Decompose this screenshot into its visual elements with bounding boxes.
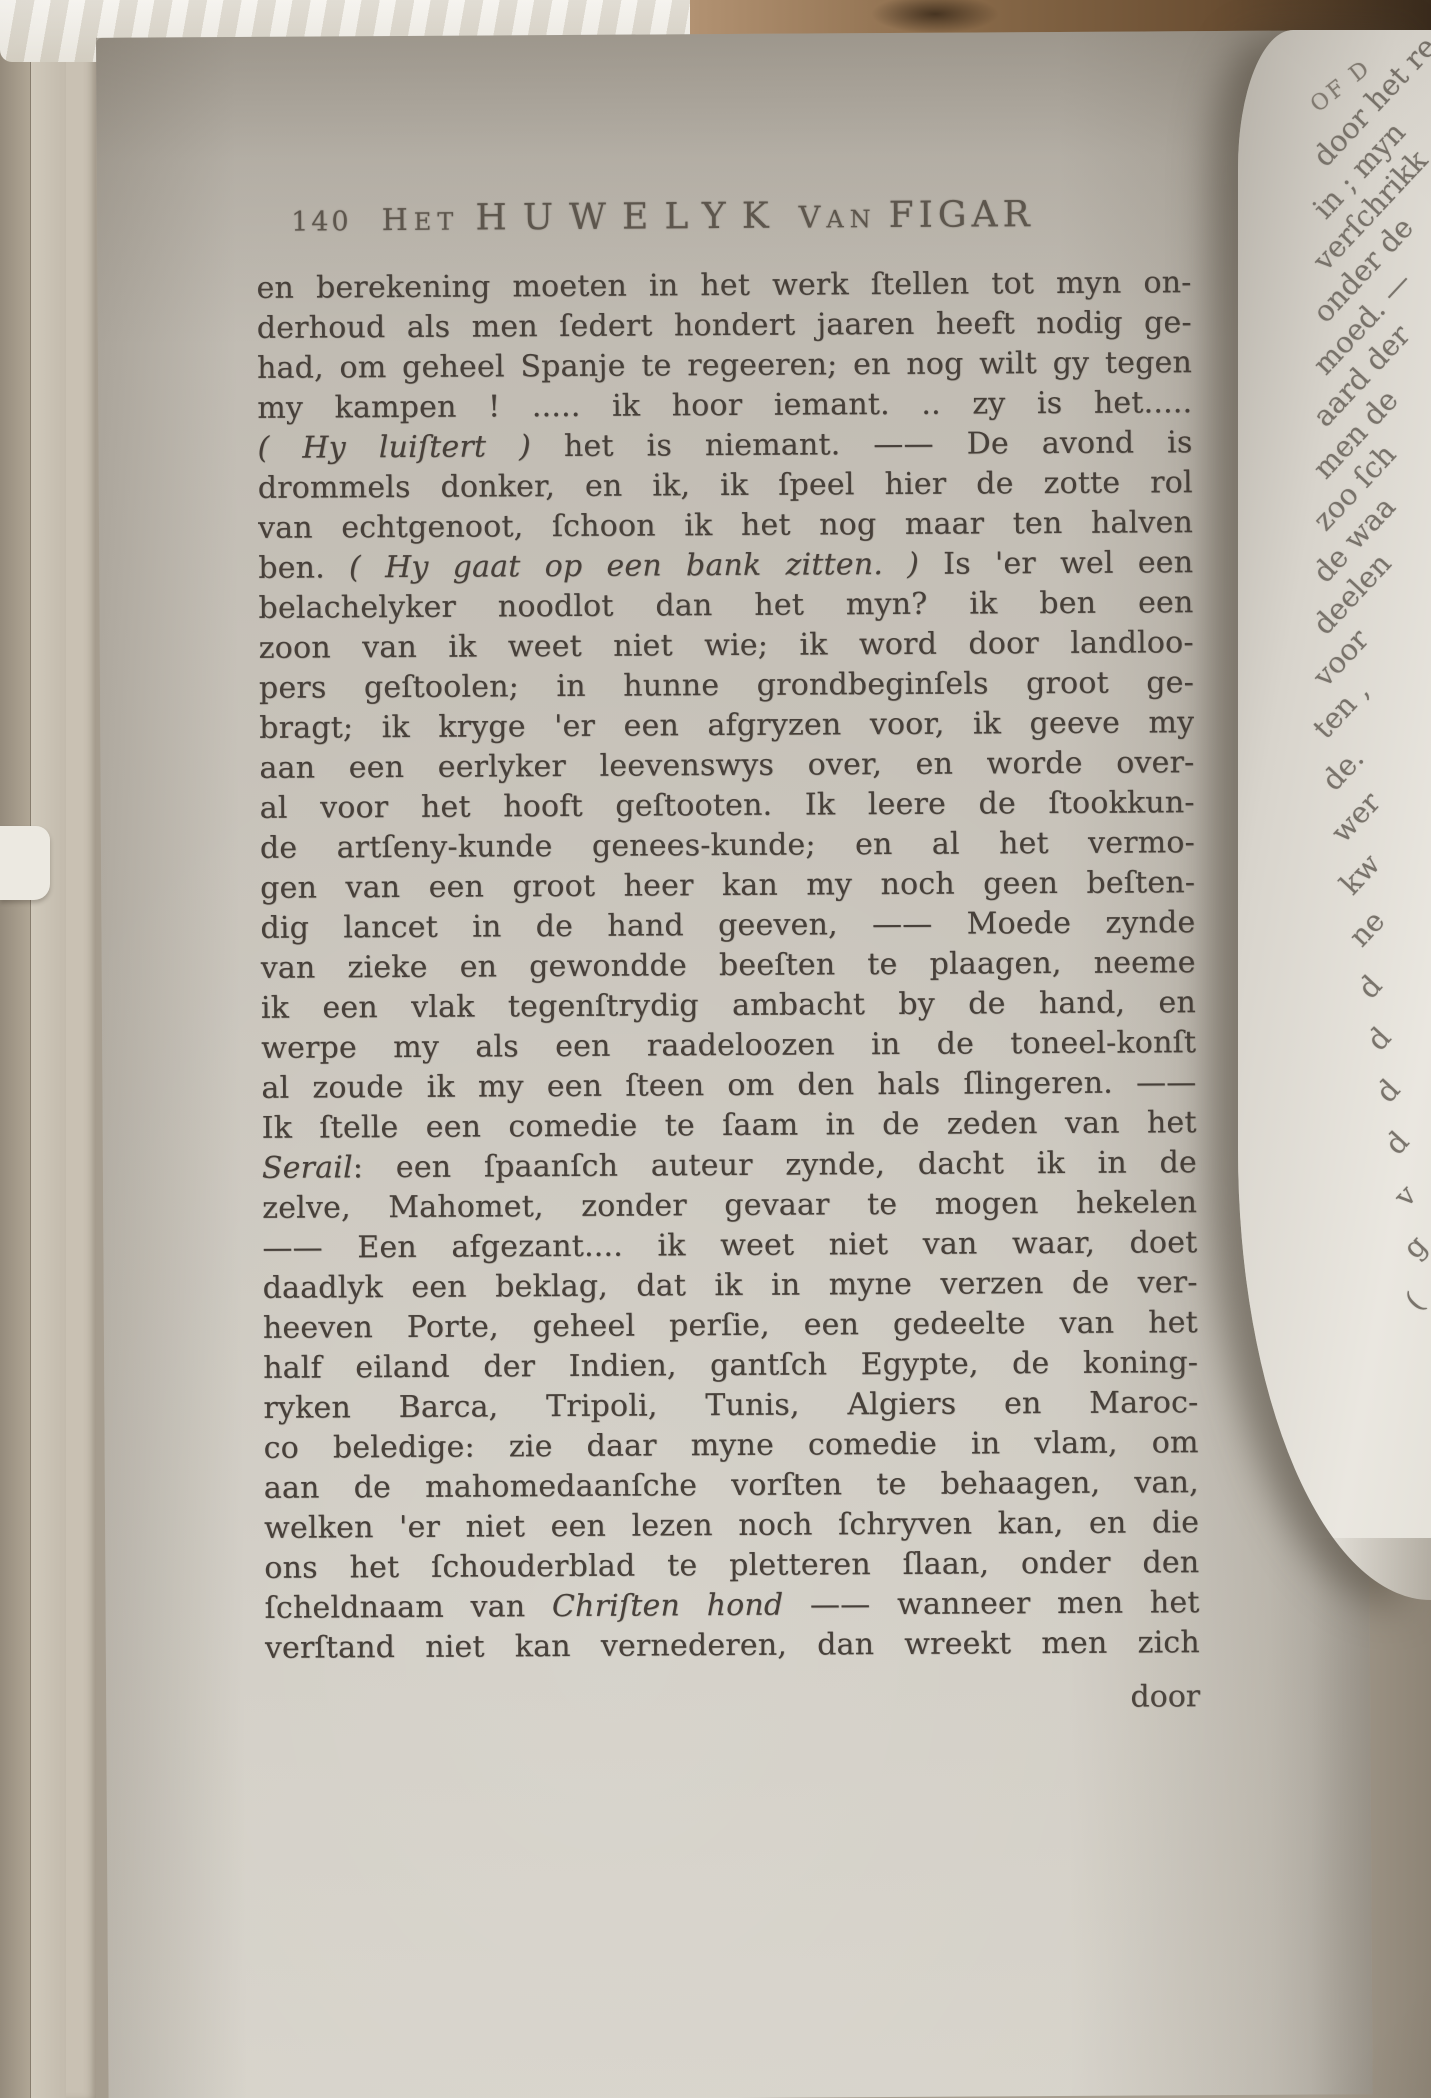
text-line: aan een eerlyker leevenswys over, en wor… (259, 743, 1194, 789)
text-line: zoon van ik weet niet wie; ik word door … (259, 623, 1194, 669)
text-segment: de artſeny-kunde genees-kunde; en al het… (260, 825, 1195, 866)
header-word-het: HET (382, 203, 460, 238)
text-line: werpe my als een raadeloozen in de tonee… (261, 1023, 1196, 1069)
text-segment: ons het ſchouderblad te pletteren ſlaan,… (264, 1545, 1199, 1586)
text-segment: dig lancet in de hand geeven, —— Moede z… (260, 905, 1195, 946)
text-line: belachelyker noodlot dan het myn? ik ben… (258, 583, 1193, 629)
text-line: bragt; ik kryge 'er een afgryzen voor, i… (259, 703, 1194, 749)
text-line: de artſeny-kunde genees-kunde; en al het… (260, 823, 1195, 869)
text-segment: heeven Porte, geheel perſie, een gedeelt… (263, 1305, 1198, 1346)
text-line: pers geſtoolen; in hunne grondbeginſels … (259, 663, 1194, 709)
text-line: derhoud als men ſedert hondert jaaren he… (257, 303, 1192, 349)
text-line: van zieke en gewondde beeſten te plaagen… (261, 943, 1196, 989)
text-line: welken 'er niet een lezen noch ſchryven … (264, 1503, 1199, 1549)
text-line: co beledige: zie daar myne comedie in vl… (264, 1423, 1199, 1469)
text-line: daadlyk een beklag, dat ik in myne verze… (263, 1263, 1198, 1309)
text-segment: —— Een afgezant.... ik weet niet van waa… (262, 1225, 1197, 1266)
text-segment: al voor het hooft geſtooten. Ik leere de… (260, 785, 1195, 826)
text-line: ons het ſchouderblad te pletteren ſlaan,… (264, 1543, 1199, 1589)
text-line: aan de mahomedaanſche vorſten te behaage… (264, 1463, 1199, 1509)
text-line: Ik ſtelle een comedie te ſaam in de zede… (262, 1103, 1197, 1149)
text-segment: drommels donker, en ik, ik ſpeel hier de… (258, 465, 1193, 506)
text-line: verſtand niet kan vernederen, dan wreekt… (265, 1623, 1200, 1669)
text-line: ryken Barca, Tripoli, Tunis, Algiers en … (263, 1383, 1198, 1429)
text-segment: had, om geheel Spanje te regeeren; en no… (257, 345, 1192, 386)
lower-right-shadow (1311, 1538, 1431, 2098)
text-segment: bragt; ik kryge 'er een afgryzen voor, i… (259, 705, 1194, 746)
italic-text-segment: ( Hy luiſtert ) (257, 429, 564, 466)
text-segment: belachelyker noodlot dan het myn? ik ben… (258, 585, 1193, 626)
text-segment: aan een eerlyker leevenswys over, en wor… (259, 745, 1194, 786)
catchword-row: door (265, 1677, 1200, 1723)
main-book-page: 140 HET HUWELYK VAN FIGAR en berekening … (96, 30, 1373, 2098)
text-line: en berekening moeten in het werk ſtellen… (256, 263, 1191, 309)
text-segment: en berekening moeten in het werk ſtellen… (256, 265, 1191, 306)
page-edge-stack-outer (0, 0, 30, 2098)
text-line: al voor het hooft geſtooten. Ik leere de… (260, 783, 1195, 829)
text-segment: van echtgenoot, ſchoon ik het nog maar t… (258, 505, 1193, 546)
text-segment: werpe my als een raadeloozen in de tonee… (261, 1025, 1196, 1066)
text-segment: half eiland der Indien, gantſch Egypte, … (263, 1345, 1198, 1386)
text-segment: zoon van ik weet niet wie; ik word door … (259, 625, 1194, 666)
text-line: ſcheldnaam van Chriſten hond —— wanneer … (264, 1583, 1199, 1629)
text-line: heeven Porte, geheel perſie, een gedeelt… (263, 1303, 1198, 1349)
text-segment: ik een vlak tegenſtrydig ambacht by de h… (261, 985, 1196, 1026)
text-line: gen van een groot heer kan my noch geen … (260, 863, 1195, 909)
text-line: had, om geheel Spanje te regeeren; en no… (257, 343, 1192, 389)
text-line: my kampen ! ..... ik hoor iemant. .. zy … (257, 383, 1192, 429)
text-segment: aan de mahomedaanſche vorſten te behaage… (264, 1465, 1199, 1506)
text-line: al zoude ik my een ſteen om den hals ſli… (261, 1063, 1196, 1109)
text-segment: het is niemant. —— De avond is (564, 425, 1193, 464)
header-word-huwelyk: HUWELYK (475, 196, 785, 239)
text-line: drommels donker, en ik, ik ſpeel hier de… (258, 463, 1193, 509)
torn-paper-sliver (0, 826, 50, 900)
text-line: half eiland der Indien, gantſch Egypte, … (263, 1343, 1198, 1389)
text-segment: zelve, Mahomet, zonder gevaar te mogen h… (262, 1185, 1197, 1226)
text-segment: gen van een groot heer kan my noch geen … (260, 865, 1195, 906)
text-line: van echtgenoot, ſchoon ik het nog maar t… (258, 503, 1193, 549)
text-segment: pers geſtoolen; in hunne grondbeginſels … (259, 665, 1194, 706)
italic-text-segment: Chriſten hond (552, 1588, 784, 1624)
text-segment: verſtand niet kan vernederen, dan wreekt… (265, 1625, 1200, 1666)
page-edge-stack-inner (66, 0, 96, 2098)
text-line: zelve, Mahomet, zonder gevaar te mogen h… (262, 1183, 1197, 1229)
text-segment: my kampen ! ..... ik hoor iemant. .. zy … (257, 385, 1192, 426)
text-segment: ſcheldnaam van (265, 1589, 553, 1626)
running-header: 140 HET HUWELYK VAN FIGAR (291, 194, 1035, 240)
text-segment: welken 'er niet een lezen noch ſchryven … (264, 1505, 1199, 1546)
text-segment: ben. (258, 550, 349, 586)
text-segment: co beledige: zie daar myne comedie in vl… (264, 1425, 1199, 1466)
text-line: ben. ( Hy gaat op een bank zitten. ) Is … (258, 543, 1193, 589)
text-line: ik een vlak tegenſtrydig ambacht by de h… (261, 983, 1196, 1029)
facing-page-curl (1238, 30, 1431, 1600)
text-segment: ryken Barca, Tripoli, Tunis, Algiers en … (263, 1385, 1198, 1426)
page-edge-stack-middle (30, 0, 67, 2098)
body-text-block: en berekening moeten in het werk ſtellen… (256, 263, 1200, 1669)
text-line: dig lancet in de hand geeven, —— Moede z… (260, 903, 1195, 949)
page-number: 140 (291, 206, 352, 237)
catchword: door (1130, 1679, 1200, 1714)
text-segment: Is 'er wel een (943, 545, 1193, 582)
text-line: —— Een afgezant.... ik weet niet van waa… (262, 1223, 1197, 1269)
text-segment: —— wanneer men het (783, 1585, 1199, 1623)
book-page-photo: 140 HET HUWELYK VAN FIGAR en berekening … (0, 0, 1431, 2098)
text-segment: al zoude ik my een ſteen om den hals ſli… (261, 1065, 1196, 1106)
header-word-figar: FIGAR (889, 194, 1035, 236)
text-segment: daadlyk een beklag, dat ik in myne verze… (263, 1265, 1198, 1306)
italic-text-segment: ( Hy gaat op een bank zitten. ) (349, 547, 943, 586)
text-segment: : een ſpaanſch auteur zynde, dacht ik in… (353, 1145, 1197, 1185)
text-segment: derhoud als men ſedert hondert jaaren he… (257, 305, 1192, 346)
text-segment: van zieke en gewondde beeſten te plaagen… (261, 945, 1196, 986)
text-line: ( Hy luiſtert ) het is niemant. —— De av… (257, 423, 1192, 469)
text-segment: Ik ſtelle een comedie te ſaam in de zede… (262, 1105, 1197, 1146)
text-line: Serail: een ſpaanſch auteur zynde, dacht… (262, 1143, 1197, 1189)
header-word-van: VAN (799, 200, 877, 235)
italic-text-segment: Serail (262, 1150, 353, 1186)
